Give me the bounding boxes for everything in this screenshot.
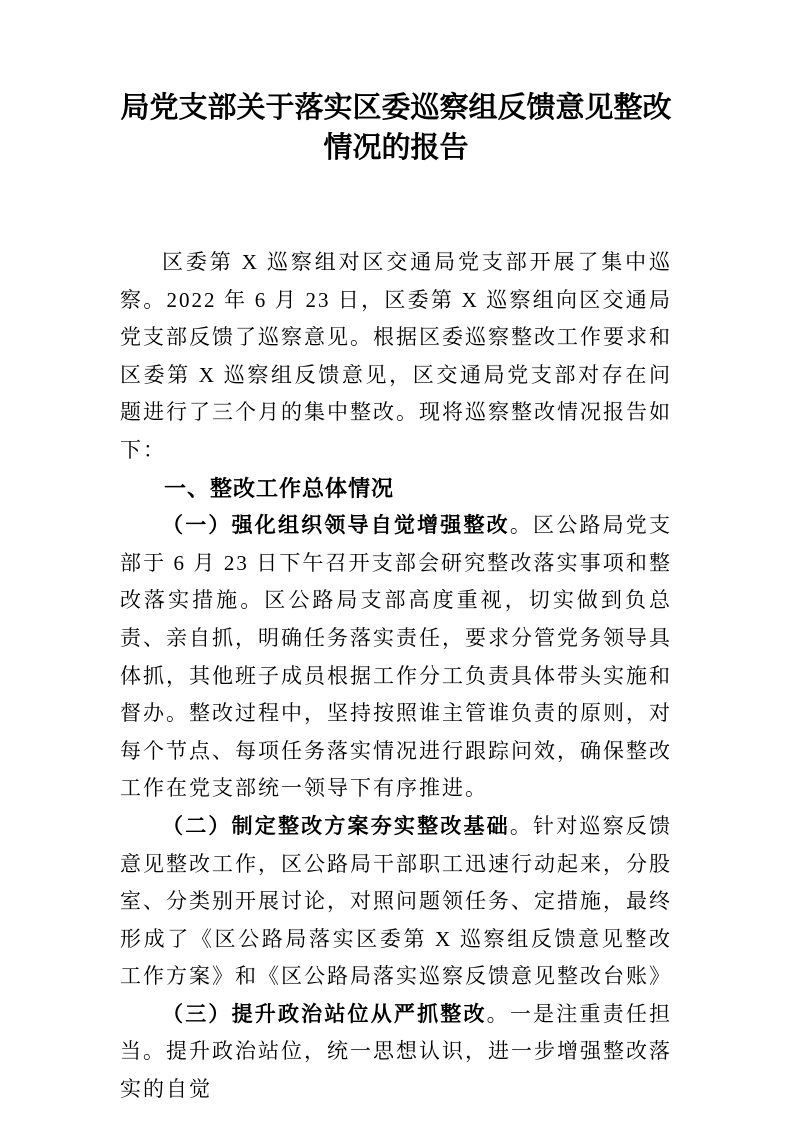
subsection-1-lead: （一）强化组织领导自觉增强整改: [162, 513, 510, 537]
subsection-2-text: 。针对巡察反馈意见整改工作，区公路局干部职工迅速行动起来，分股室、分类别开展讨论…: [120, 814, 672, 988]
subsection-2-lead: （二）制定整改方案夯实整改基础: [162, 814, 510, 838]
document-page: 局党支部关于落实区委巡察组反馈意见整改情况的报告 区委第 X 巡察组对区交通局党…: [0, 0, 793, 1122]
document-title: 局党支部关于落实区委巡察组反馈意见整改情况的报告: [120, 88, 672, 168]
subsection-paragraph-3: （三）提升政治站位从严抓整改。一是注重责任担当。提升政治站位，统一思想认识，进一…: [120, 996, 672, 1109]
subsection-paragraph-1: （一）强化组织领导自觉增强整改。区公路局党支部于 6 月 23 日下午召开支部会…: [120, 507, 672, 808]
intro-paragraph: 区委第 X 巡察组对区交通局党支部开展了集中巡察。2022 年 6 月 23 日…: [120, 244, 672, 470]
document-content: 局党支部关于落实区委巡察组反馈意见整改情况的报告 区委第 X 巡察组对区交通局党…: [0, 0, 793, 1109]
section-heading-1: 一、整改工作总体情况: [120, 470, 672, 508]
subsection-1-text: 。区公路局党支部于 6 月 23 日下午召开支部会研究整改落实事项和整改落实措施…: [120, 513, 672, 800]
subsection-paragraph-2: （二）制定整改方案夯实整改基础。针对巡察反馈意见整改工作，区公路局干部职工迅速行…: [120, 808, 672, 996]
subsection-3-lead: （三）提升政治站位从严抓整改: [162, 1002, 487, 1026]
